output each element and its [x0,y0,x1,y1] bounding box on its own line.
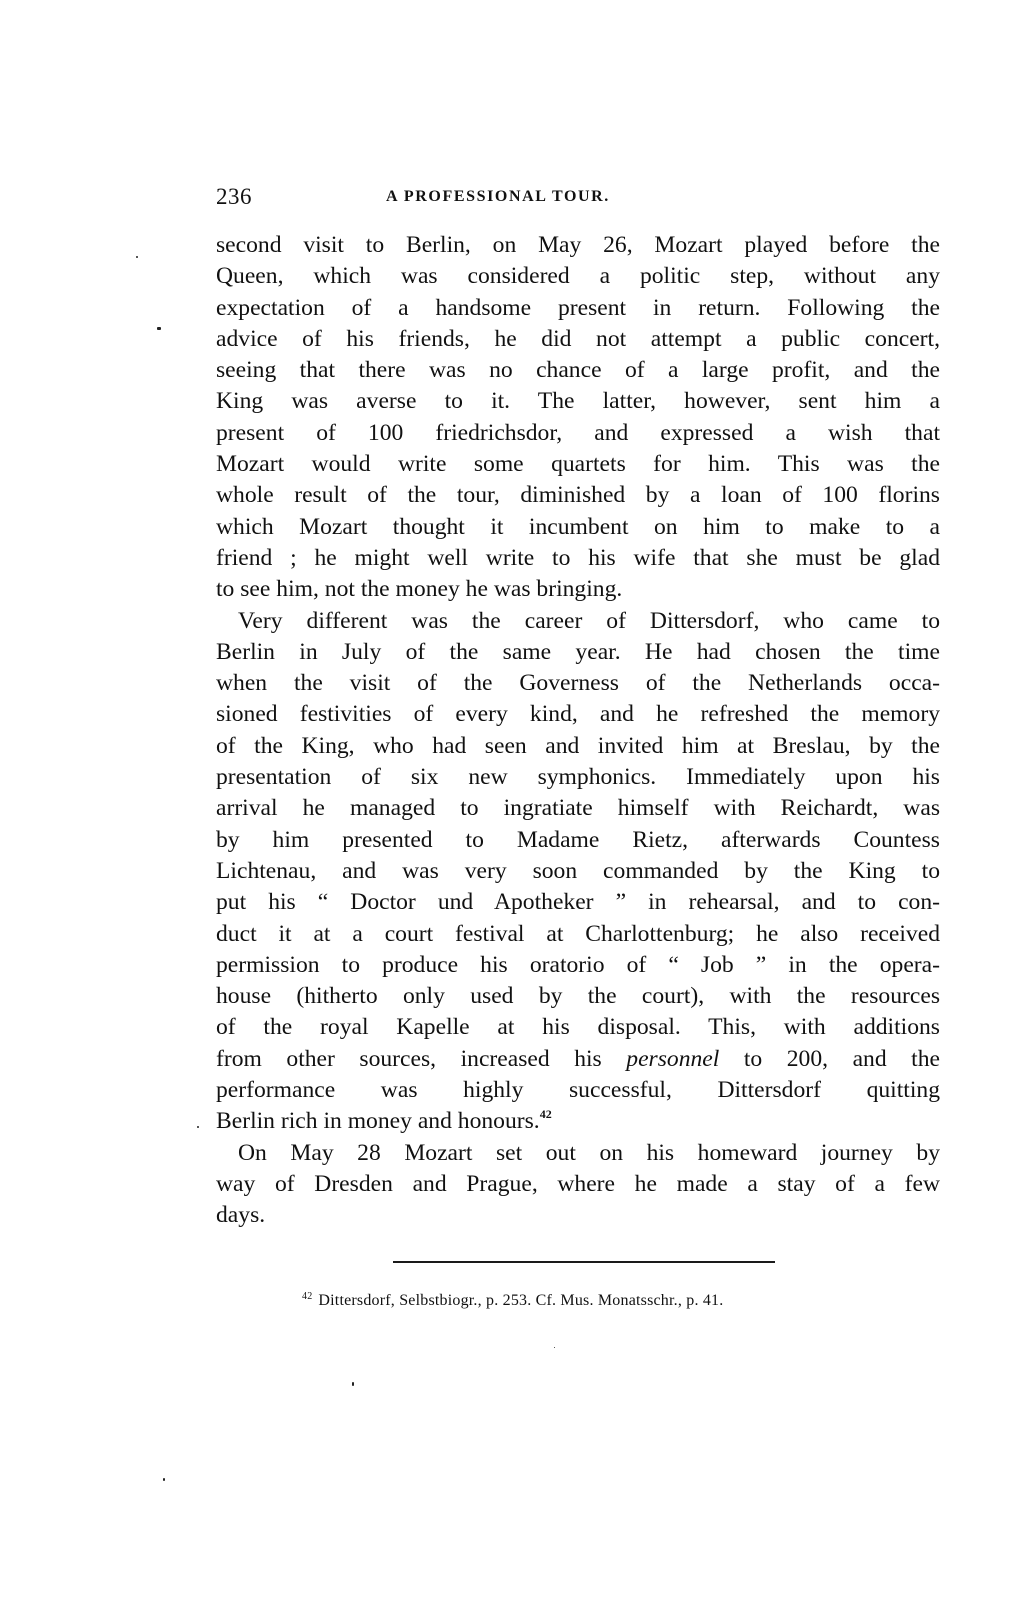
text-line: performance was highly successful, Ditte… [216,1075,940,1106]
text-line: of the King, who had seen and invited hi… [216,731,940,762]
footnote-reference[interactable]: 42 [540,1107,552,1121]
book-page: 236 A PROFESSIONAL TOUR. second visit to… [0,0,1036,1600]
text-line: arrival he managed to ingratiate himself… [216,793,940,824]
scan-speck [163,1478,165,1481]
text-line-personnel: from other sources, increased his person… [216,1044,940,1075]
text-fragment: from other sources, increased his [216,1046,626,1072]
text-line: friend ; he might well write to his wife… [216,543,940,574]
text-line: house (hitherto only used by the court),… [216,981,940,1012]
text-line: expectation of a handsome present in ret… [216,293,940,324]
text-line: of the royal Kapelle at his disposal. Th… [216,1012,940,1043]
text-line: days. [216,1200,940,1231]
text-line: Very different was the career of Ditters… [216,606,940,637]
text-line: duct it at a court festival at Charlotte… [216,919,940,950]
text-line: On May 28 Mozart set out on his homeward… [216,1138,940,1169]
text-fragment: Berlin rich in money and honours. [216,1108,540,1134]
text-line: which Mozart thought it incumbent on him… [216,512,940,543]
running-title: A PROFESSIONAL TOUR. [386,188,610,206]
footnote-text: Dittersdorf, Selbstbiogr., p. 253. Cf. M… [318,1292,723,1309]
text-line: put his “ Doctor und Apotheker ” in rehe… [216,887,940,918]
footnote-mark: 42 [302,1291,312,1302]
text-line-with-footnote: Berlin rich in money and honours.42 [216,1106,940,1137]
scan-speck [136,256,138,258]
text-line: seeing that there was no chance of a lar… [216,355,940,386]
text-line: advice of his friends, he did not attemp… [216,324,940,355]
text-line: Berlin in July of the same year. He had … [216,637,940,668]
text-line: whole result of the tour, diminished by … [216,480,940,511]
text-line: King was averse to it. The latter, howev… [216,386,940,417]
text-line: presentation of six new symphonics. Imme… [216,762,940,793]
running-head: 236 A PROFESSIONAL TOUR. [216,184,940,214]
scan-speck [554,1347,555,1348]
page-number: 236 [216,184,252,210]
text-line: by him presented to Madame Rietz, afterw… [216,825,940,856]
text-line: Queen, which was considered a politic st… [216,261,940,292]
body-text: second visit to Berlin, on May 26, Mozar… [216,230,940,1232]
text-fragment: to 200, and the [719,1046,940,1072]
scan-speck [197,1126,199,1128]
text-line: permission to produce his oratorio of “ … [216,950,940,981]
text-line: present of 100 friedrichsdor, and expres… [216,418,940,449]
text-line: Mozart would write some quartets for him… [216,449,940,480]
scan-speck [352,1382,354,1386]
text-line: second visit to Berlin, on May 26, Mozar… [216,230,940,261]
footnote-divider [393,1261,775,1263]
text-line: when the visit of the Governess of the N… [216,668,940,699]
text-line: sioned festivities of every kind, and he… [216,699,940,730]
footnote: 42Dittersdorf, Selbstbiogr., p. 253. Cf.… [302,1291,723,1310]
text-line: Lichtenau, and was very soon commanded b… [216,856,940,887]
italic-word: personnel [626,1046,719,1072]
text-line: to see him, not the money he was bringin… [216,574,940,605]
scan-speck [157,327,161,330]
text-line: way of Dresden and Prague, where he made… [216,1169,940,1200]
